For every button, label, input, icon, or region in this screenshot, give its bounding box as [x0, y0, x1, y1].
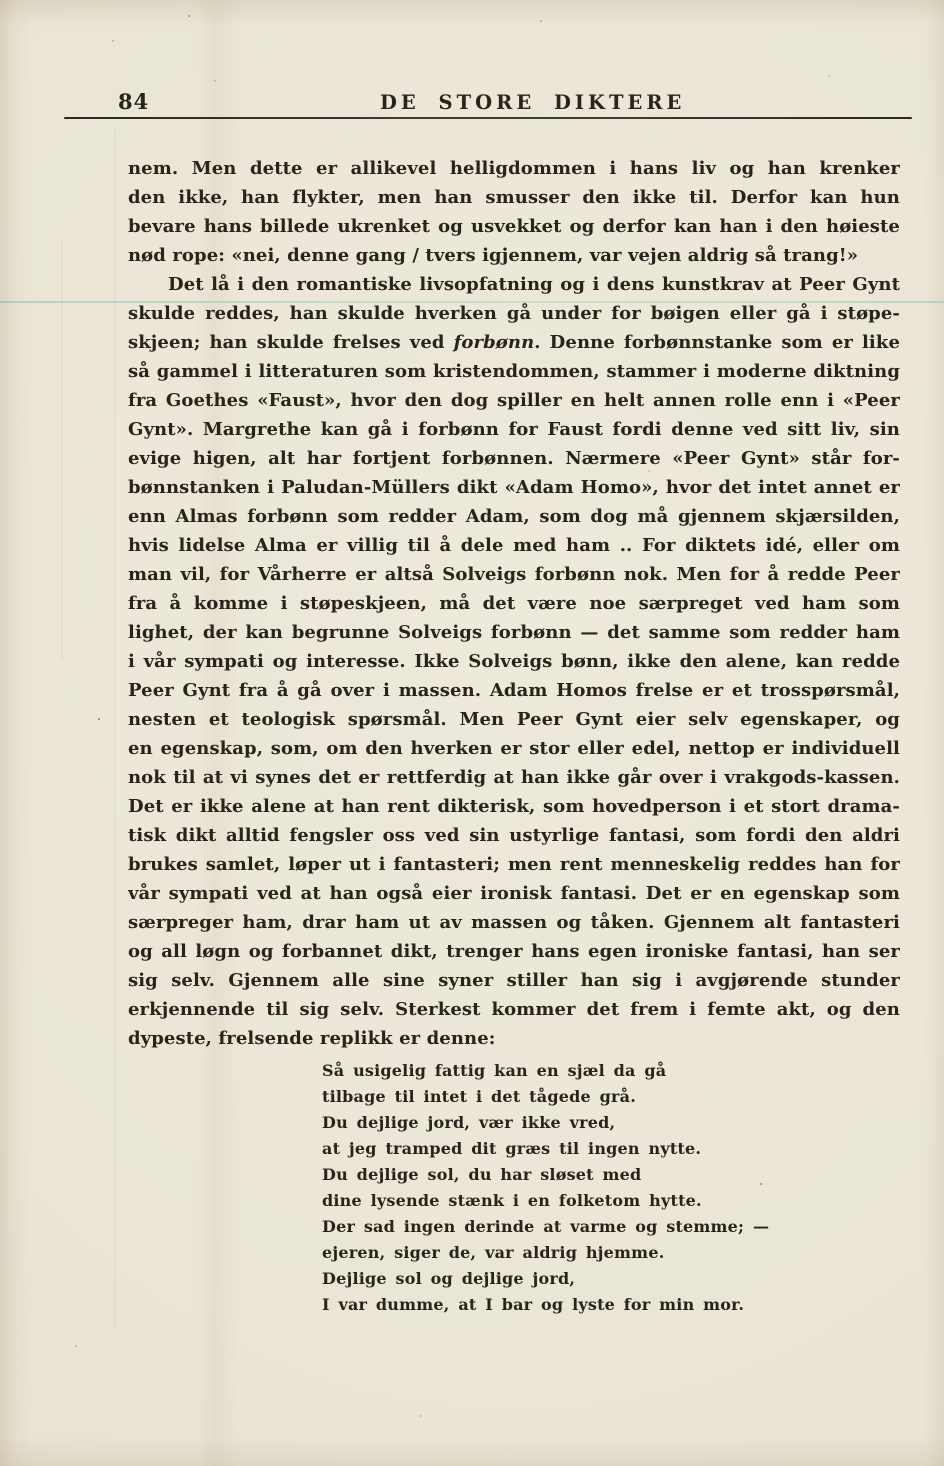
- body-text: nem. Men dette er allikevel helligdommen…: [128, 154, 900, 1053]
- paragraph1-line: nem. Men dette er allikevel helligdommen…: [128, 154, 900, 183]
- paper-specks: [188, 15, 190, 17]
- paragraph2-line: Det er ikke alene at han rent dikterisk,…: [128, 792, 900, 821]
- page-number: 84: [118, 89, 149, 114]
- verse-line: ejeren, siger de, var aldrig hjemme.: [322, 1240, 882, 1266]
- verse-line: tilbage til intet i det tågede grå.: [322, 1084, 882, 1110]
- paragraph1-line: bevare hans billede ukrenket og usvekket…: [128, 212, 900, 241]
- paragraph2-line: skulde reddes, han skulde hverken gå und…: [128, 299, 900, 328]
- paragraph2-line: Peer Gynt fra å gå over i massen. Adam H…: [128, 676, 900, 705]
- paragraph2-line: vår sympati ved at han også eier ironisk…: [128, 879, 900, 908]
- paragraph2-line: tisk dikt alltid fengsler oss ved sin us…: [128, 821, 900, 850]
- verse-line: Dejlige sol og dejlige jord,: [322, 1266, 882, 1292]
- header-rule: [64, 117, 912, 119]
- verse-line: I var dumme, at I bar og lyste for min m…: [322, 1292, 882, 1318]
- book-page: 84 DE STORE DIKTERE nem. Men dette er al…: [0, 0, 944, 1466]
- verse-line: Der sad ingen derinde at varme og stemme…: [322, 1214, 882, 1240]
- paragraph2-line: fra Goethes «Faust», hvor den dog spille…: [128, 386, 900, 415]
- italic-line-pre: skjeen; han skulde frelses ved: [128, 332, 454, 353]
- paragraph2-line: evige higen, alt har fortjent forbønnen.…: [128, 444, 900, 473]
- paragraph2-line: nok til at vi synes det er rettferdig at…: [128, 763, 900, 792]
- paragraph2-line: man vil, for Vårherre er altså Solveigs …: [128, 560, 900, 589]
- paragraph2-line: fra å komme i støpeskjeen, må det være n…: [128, 589, 900, 618]
- paper-crease: [114, 130, 116, 1330]
- paragraph2-line: i vår sympati og interesse. Ikke Solveig…: [128, 647, 900, 676]
- paragraph2-line: bønnstanken i Paludan-Müllers dikt «Adam…: [128, 473, 900, 502]
- paragraph1-justified-lines: nem. Men dette er allikevel helligdommen…: [128, 154, 900, 241]
- paragraph2-line: så gammel i litteraturen som kristendomm…: [128, 357, 900, 386]
- paragraph2-italic-line: skjeen; han skulde frelses ved forbønn. …: [128, 328, 900, 357]
- paragraph2-line: lighet, der kan begrunne Solveigs forbøn…: [128, 618, 900, 647]
- paragraph1-last-line: nød rope: «nei, denne gang / tvers igjen…: [128, 241, 900, 270]
- verse-quote: Så usigelig fattig kan en sjæl da gåtilb…: [322, 1058, 882, 1318]
- paragraph2-line: hvis lidelse Alma er villig til å dele m…: [128, 531, 900, 560]
- paragraph2-line: Gynt». Margrethe kan gå i forbønn for Fa…: [128, 415, 900, 444]
- paragraph2-line: enn Almas forbønn som redder Adam, som d…: [128, 502, 900, 531]
- paper-crease: [61, 240, 63, 660]
- running-title: DE STORE DIKTERE: [380, 91, 685, 114]
- verse-line: Du dejlige sol, du har sløset med: [322, 1162, 882, 1188]
- paragraph2-line: brukes samlet, løper ut i fantasteri; me…: [128, 850, 900, 879]
- paragraph2-line: særpreger ham, drar ham ut av massen og …: [128, 908, 900, 937]
- paragraph2-justified-lines-b: så gammel i litteraturen som kristendomm…: [128, 357, 900, 1024]
- verse-lines: Så usigelig fattig kan en sjæl da gåtilb…: [322, 1058, 882, 1318]
- italic-word-forbonn: forbønn: [454, 332, 535, 353]
- paragraph2-line: erkjennende til sig selv. Sterkest komme…: [128, 995, 900, 1024]
- italic-line-post: . Denne forbønnstanke som er like: [534, 332, 900, 353]
- paragraph1-line: den ikke, han flykter, men han smusser d…: [128, 183, 900, 212]
- verse-line: Du dejlige jord, vær ikke vred,: [322, 1110, 882, 1136]
- paragraph2-line: nesten et teologisk spørsmål. Men Peer G…: [128, 705, 900, 734]
- paragraph2-line: en egenskap, som, om den hverken er stor…: [128, 734, 900, 763]
- paragraph2-last-line: dypeste, frelsende replikk er denne:: [128, 1024, 900, 1053]
- paragraph2-line: og all løgn og forbannet dikt, trenger h…: [128, 937, 900, 966]
- paragraph2-line: sig selv. Gjennem alle sine syner stille…: [128, 966, 900, 995]
- paragraph2-justified-lines-a: skulde reddes, han skulde hverken gå und…: [128, 299, 900, 328]
- verse-line: at jeg tramped dit græs til ingen nytte.: [322, 1136, 882, 1162]
- verse-line: dine lysende stænk i en folketom hytte.: [322, 1188, 882, 1214]
- paragraph2-first-line: Det lå i den romantiske livsopfatning og…: [128, 270, 900, 299]
- verse-line: Så usigelig fattig kan en sjæl da gå: [322, 1058, 882, 1084]
